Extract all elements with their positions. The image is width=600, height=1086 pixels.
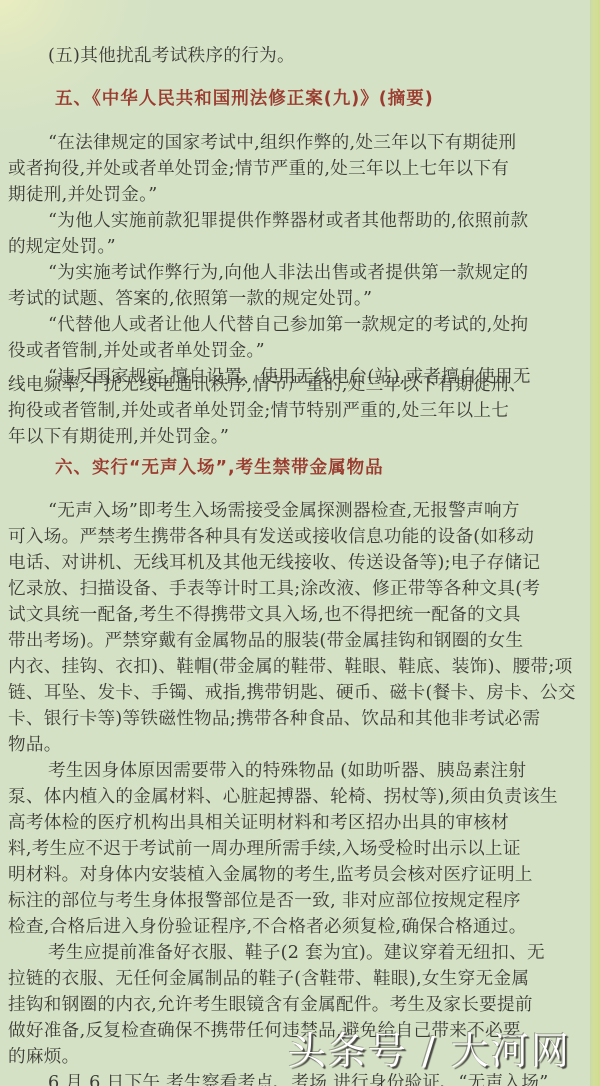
paragraph-line: 线电频率,干扰无线电通讯秩序,情节严重的,处三年以下有期徒刑、 <box>8 374 582 396</box>
paragraph-line: 料,考生应不迟于考试前一周办理所需手续,入场受检时出示以上证 <box>8 838 582 860</box>
paragraph-line: 役或者管制,并处或者单处罚金。” <box>8 340 582 362</box>
item-five-text: (五)其他扰乱考试秩序的行为。 <box>48 45 600 67</box>
paragraph-line: 链、耳坠、发卡、手镯、戒指,携带钥匙、硬币、磁卡(餐卡、房卡、公交 <box>8 682 582 704</box>
paragraph-line: 或者拘役,并处或者单处罚金;情节严重的,处三年以上七年以下有 <box>8 158 582 180</box>
paragraph-line: 卡、银行卡等)等铁磁性物品;携带各种食品、饮品和其他非考试必需 <box>8 708 582 730</box>
paragraph-line: “为实施考试作弊行为,向他人非法出售或者提供第一款规定的 <box>48 262 600 284</box>
paragraph-line: 可入场。严禁考生携带各种具有发送或接收信息功能的设备(如移动 <box>8 526 582 548</box>
paragraph-line: 挂钩和钢圈的内衣,允许考生眼镜含有金属配件。考生及家长要提前 <box>8 994 582 1016</box>
paragraph-line: 考生应提前准备好衣服、鞋子(2 套为宜)。建议穿着无纽扣、无 <box>48 942 600 964</box>
section-five-heading: 五、《中华人民共和国刑法修正案(九)》(摘要) <box>55 87 434 111</box>
watermark-text: 头条号 / 大河网 <box>288 1020 571 1075</box>
paragraph-line: 忆录放、扫描设备、手表等计时工具;涂改液、修正带等各种文具(考 <box>8 578 582 600</box>
paragraph-line: 内衣、挂钩、衣扣)、鞋帽(带金属的鞋带、鞋眼、鞋底、装饰)、腰带;项 <box>8 656 582 678</box>
paragraph-line: 物品。 <box>8 734 582 756</box>
paragraph-line: “无声入场”即考生入场需接受金属探测器检查,无报警声响方 <box>48 500 600 522</box>
paragraph-line: 高考体检的医疗机构出具相关证明材料和考区招办出具的审核材 <box>8 812 582 834</box>
paragraph-line: 的规定处罚。” <box>8 236 582 258</box>
page-edge-stripe <box>590 0 600 1086</box>
paragraph-line: 泵、体内植入的金属材料、心脏起搏器、轮椅、拐杖等),须由负责该生 <box>8 786 582 808</box>
paragraph-line: 期徒刑,并处罚金。” <box>8 184 582 206</box>
paragraph-line: 考试的试题、答案的,依照第一款的规定处罚。” <box>8 288 582 310</box>
paragraph-line: “为他人实施前款犯罪提供作弊器材或者其他帮助的,依照前款 <box>48 210 600 232</box>
paragraph-line: “在法律规定的国家考试中,组织作弊的,处三年以下有期徒刑 <box>48 132 600 154</box>
paragraph-line: 标注的部位与考生身体报警部位是否一致, 非对应部位按规定程序 <box>8 890 582 912</box>
paragraph-line: 带出考场)。严禁穿戴有金属物品的服装(带金属挂钩和钢圈的女生 <box>8 630 582 652</box>
paragraph-line: 年以下有期徒刑,并处罚金。” <box>8 426 582 448</box>
section-six-heading: 六、实行“无声入场”,考生禁带金属物品 <box>55 456 384 480</box>
paragraph-line: 拉链的衣服、无任何金属制品的鞋子(含鞋带、鞋眼),女生穿无金属 <box>8 968 582 990</box>
paragraph-line: “代替他人或者让他人代替自己参加第一款规定的考试的,处拘 <box>48 314 600 336</box>
paragraph-line: 拘役或者管制,并处或者单处罚金;情节特别严重的,处三年以上七 <box>8 400 582 422</box>
paragraph-line: 检查,合格后进入身份验证程序,不合格者必须复检,确保合格通过。 <box>8 916 582 938</box>
paragraph-line: 考生因身体原因需要带入的特殊物品 (如助听器、胰岛素注射 <box>48 760 600 782</box>
corner-glow <box>0 0 160 140</box>
paragraph-line: 电话、对讲机、无线耳机及其他无线接收、传送设备等);电子存储记 <box>8 552 582 574</box>
paragraph-line: 明材料。对身体内安装植入金属物的考生,监考员会核对医疗证明上 <box>8 864 582 886</box>
paragraph-line: 试文具统一配备,考生不得携带文具入场,也不得把统一配备的文具 <box>8 604 582 626</box>
